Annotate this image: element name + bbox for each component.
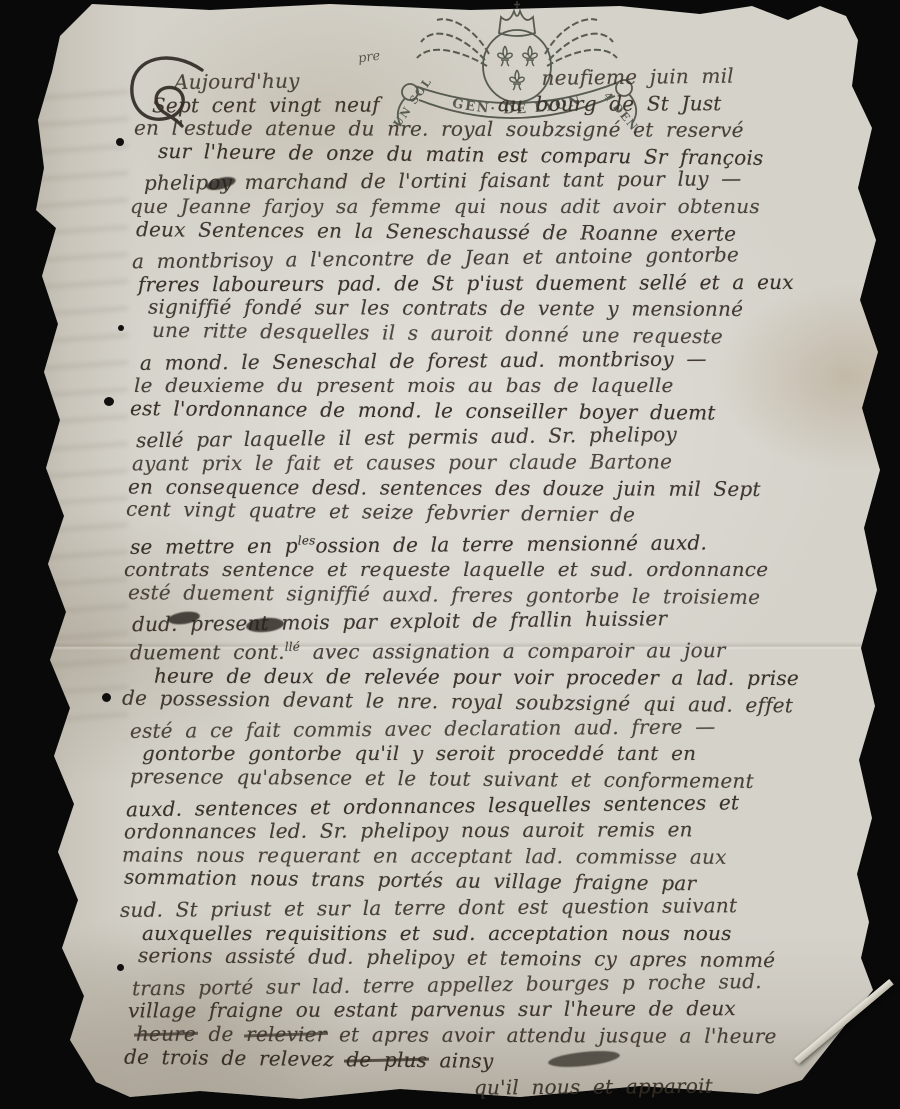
manuscript-line: gontorbe gontorbe qu'il y seroit procedd… (142, 741, 878, 767)
manuscript-line: freres laboureurs pad. de St p'iust duem… (138, 269, 878, 297)
manuscript-line: duement cont.llé avec assignation a comp… (130, 633, 878, 666)
handwriting-segment: auxquelles requisitions et sud. acceptat… (142, 921, 732, 945)
marginal-note: pre (357, 49, 381, 67)
photograph-background: { "document": { "kind": "manuscript-nota… (0, 0, 900, 1109)
ink-hole (117, 964, 124, 971)
handwriting-segment: que Jeanne farjoy sa femme qui nous adit… (130, 194, 760, 218)
handwriting-segment: signiffié fondé sur les contrats de vent… (148, 295, 743, 321)
handwriting-segment: en l'estude atenue du nre. royal soubzsi… (134, 116, 744, 142)
manuscript-line: Sept cent vingt neufau bourg de St Just (152, 90, 878, 118)
handwriting-segment: gontorbe gontorbe qu'il y seroit procedd… (142, 741, 696, 765)
handwriting-segment: cent vingt quatre et seize febvrier dern… (126, 497, 635, 527)
ink-hole (102, 693, 111, 702)
handwriting-segment: auxd. sentences et ordonnances lesquelle… (126, 790, 739, 821)
handwriting-segment: se mettre en p (130, 533, 298, 558)
manuscript-line: ayant prix le fait et causes pour claude… (132, 448, 878, 476)
handwriting-segment: de trois de relevez (124, 1044, 347, 1071)
handwriting-segment: ordonnances led. Sr. phelipoy nous auroi… (124, 817, 693, 843)
handwriting-segment: les (298, 533, 316, 547)
handwriting-segment: sud. St priust et sur la terre dont est … (120, 893, 737, 922)
handwriting-segment: a mond. le Seneschal de forest aud. mont… (140, 346, 707, 374)
handwriting-segment: heure de deux de relevée pour voir proce… (154, 663, 799, 689)
handwriting-segment: sur l'heure de onze du matin est comparu… (158, 139, 764, 170)
handwriting-segment: en consequence desd. sentences des douze… (128, 474, 761, 500)
handwriting-segment: neufieme juin mil (541, 64, 734, 90)
handwriting-segment: esté a ce fait commis avec declaration a… (130, 714, 716, 742)
handwriting-segment: deux Sentences en la Seneschaussé de Roa… (136, 217, 736, 246)
handwriting-segment: Aujourd'huy (174, 69, 300, 94)
handwriting-segment: qu'il nous et apparoit (474, 1074, 713, 1100)
struck-text: heure (136, 1022, 196, 1046)
manuscript-line: se mettre en plesossion de la terre mens… (130, 524, 878, 560)
manuscript-text: Aujourd'huyneufieme juin milSept cent vi… (118, 66, 878, 1100)
handwriting-segment: esté duement signiffié auxd. freres gont… (128, 580, 760, 609)
handwriting-segment: ossion de la terre mensionné auxd. (315, 530, 707, 557)
handwriting-segment: Sept cent vingt neuf (152, 92, 380, 117)
manuscript-line: qu'il nous et apparoit (474, 1073, 878, 1102)
ink-hole (104, 397, 114, 406)
handwriting-segment: serions assisté dud. phelipoy et temoins… (138, 943, 775, 972)
handwriting-segment: duement cont. (130, 640, 285, 665)
ink-hole (118, 325, 124, 331)
handwriting-segment: au bourg de St Just (498, 91, 722, 116)
ink-hole (116, 138, 124, 146)
handwriting-segment: sommation nous trans portés au village f… (124, 865, 696, 896)
handwriting-segment: avec assignation a comparoir au jour (300, 638, 726, 664)
manuscript-line: village fraigne ou estant parvenus sur l… (128, 996, 878, 1024)
struck-text: de plus (346, 1047, 427, 1072)
handwriting-segment: llé (285, 640, 300, 654)
struck-text: relevier (246, 1022, 326, 1046)
handwriting-segment: presence qu'absence et le tout suivant e… (130, 764, 754, 793)
handwriting-segment: contrats sentence et requeste laquelle e… (124, 557, 768, 581)
verso-bleedthrough (38, 80, 128, 740)
handwriting-segment: et apres avoir attendu jusque a l'heure (326, 1022, 776, 1048)
handwriting-segment: sellé par laquelle il est permis aud. Sr… (136, 422, 677, 452)
handwriting-segment: est l'ordonnance de mond. le conseiller … (130, 396, 716, 424)
handwriting-segment (300, 85, 542, 88)
handwriting-segment: une ritte desquelles il s auroit donné u… (152, 318, 723, 349)
manuscript-line: esté a ce fait commis avec declaration a… (130, 713, 878, 744)
manuscript-line: le deuxieme du present mois au bas de la… (134, 373, 878, 399)
manuscript-line: phelipoy marchand de l'ortini faisant ta… (144, 166, 878, 197)
manuscript-line: que Jeanne farjoy sa femme qui nous adit… (130, 194, 878, 220)
manuscript-line: auxquelles requisitions et sud. acceptat… (142, 921, 878, 947)
handwriting-segment: de (196, 1022, 246, 1046)
manuscript-line: sud. St priust et sur la terre dont est … (120, 892, 878, 923)
manuscript-line: ordonnances led. Sr. phelipoy nous auroi… (124, 817, 878, 845)
handwriting-segment: ainsy (427, 1048, 494, 1073)
manuscript-line: a mond. le Seneschal de forest aud. mont… (140, 345, 878, 376)
handwriting-segment: dud. present mois par exploit de frallin… (132, 607, 667, 637)
handwriting-segment: freres laboureurs pad. de St p'iust duem… (138, 270, 794, 297)
handwriting-segment: village fraigne ou estant parvenus sur l… (128, 996, 736, 1022)
handwriting-segment: ayant prix le fait et causes pour claude… (132, 449, 672, 475)
plume-ornament-icon (417, 19, 617, 66)
handwriting-segment: a montbrisoy a l'encontre de Jean et ant… (132, 242, 739, 273)
handwriting-segment: le deuxieme du present mois au bas de la… (134, 373, 674, 397)
manuscript-line: contrats sentence et requeste laquelle e… (124, 557, 878, 583)
